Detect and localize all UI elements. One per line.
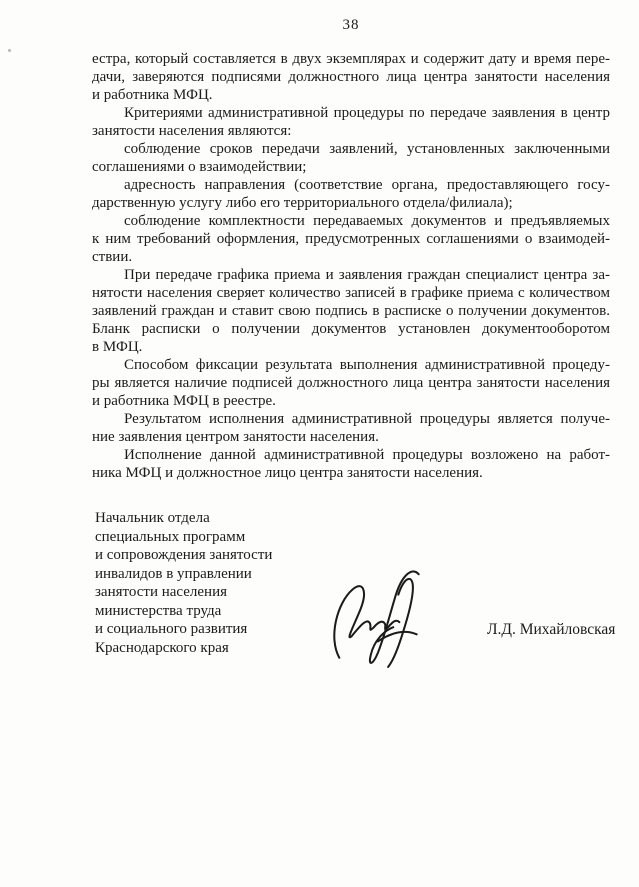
text-line: Критериями административной процедуры по… [92, 104, 610, 122]
document-body: естра, который составляется в двух экзем… [92, 50, 610, 482]
signatory-name: Л.Д. Михайловская [487, 621, 615, 639]
text-line: ствии. [92, 248, 610, 266]
text-line: ника МФЦ и должностное лицо центра занят… [92, 464, 610, 482]
text-line: и работника МФЦ в реестре. [92, 392, 610, 410]
paragraph: естра, который составляется в двух экзем… [92, 50, 610, 104]
signatory-title-line: занятости населения [95, 583, 325, 602]
page-number: 38 [92, 17, 610, 34]
text-line: ние заявления центром занятости населени… [92, 428, 610, 446]
signatory-title-block: Начальник отдела специальных программ и … [95, 509, 325, 657]
text-line: Исполнение данной административной проце… [92, 446, 610, 464]
text-line: адресность направления (соответствие орг… [92, 176, 610, 194]
text-line: Результатом исполнения административной … [92, 410, 610, 428]
signatory-title-line: министерства труда [95, 602, 325, 621]
text-line: При передаче графика приема и заявления … [92, 266, 610, 284]
paragraph: Исполнение данной административной проце… [92, 446, 610, 482]
text-line: занятости населения являются: [92, 122, 610, 140]
text-line: Способом фиксации результата выполнения … [92, 356, 610, 374]
signatory-title-line: специальных программ [95, 528, 325, 547]
signatory-title-line: и социального развития [95, 620, 325, 639]
text-line: в МФЦ. [92, 338, 610, 356]
paragraph: Критериями административной процедуры по… [92, 104, 610, 140]
paragraph: соблюдение сроков передачи заявлений, ус… [92, 140, 610, 176]
text-line: дачи, заверяются подписями должностного … [92, 68, 610, 86]
signatory-title-line: инвалидов в управлении [95, 565, 325, 584]
text-line: заявлений граждан и ставит свою подпись … [92, 302, 610, 320]
text-line: соблюдение комплектности передаваемых до… [92, 212, 610, 230]
text-line: естра, который составляется в двух экзем… [92, 50, 610, 68]
signatory-title-line: Начальник отдела [95, 509, 325, 528]
paragraph: соблюдение комплектности передаваемых до… [92, 212, 610, 266]
handwritten-signature-icon [328, 560, 432, 672]
scan-speck [8, 49, 11, 52]
signatory-title-line: и сопровождения занятости [95, 546, 325, 565]
text-line: Бланк расписки о получении документов ус… [92, 320, 610, 338]
paragraph: Способом фиксации результата выполнения … [92, 356, 610, 410]
text-line: соглашениями о взаимодействии; [92, 158, 610, 176]
signatory-title-line: Краснодарского края [95, 639, 325, 658]
text-line: ры является наличие подписей должностног… [92, 374, 610, 392]
paragraph: Результатом исполнения административной … [92, 410, 610, 446]
paragraph: При передаче графика приема и заявления … [92, 266, 610, 356]
text-line: дарственную услугу либо его территориаль… [92, 194, 610, 212]
paragraph: адресность направления (соответствие орг… [92, 176, 610, 212]
scanned-document-page: 38 естра, который составляется в двух эк… [0, 0, 639, 887]
text-line: нятости населения сверяет количество зап… [92, 284, 610, 302]
text-line: соблюдение сроков передачи заявлений, ус… [92, 140, 610, 158]
text-line: и работника МФЦ. [92, 86, 610, 104]
text-line: к ним требований оформления, предусмотре… [92, 230, 610, 248]
